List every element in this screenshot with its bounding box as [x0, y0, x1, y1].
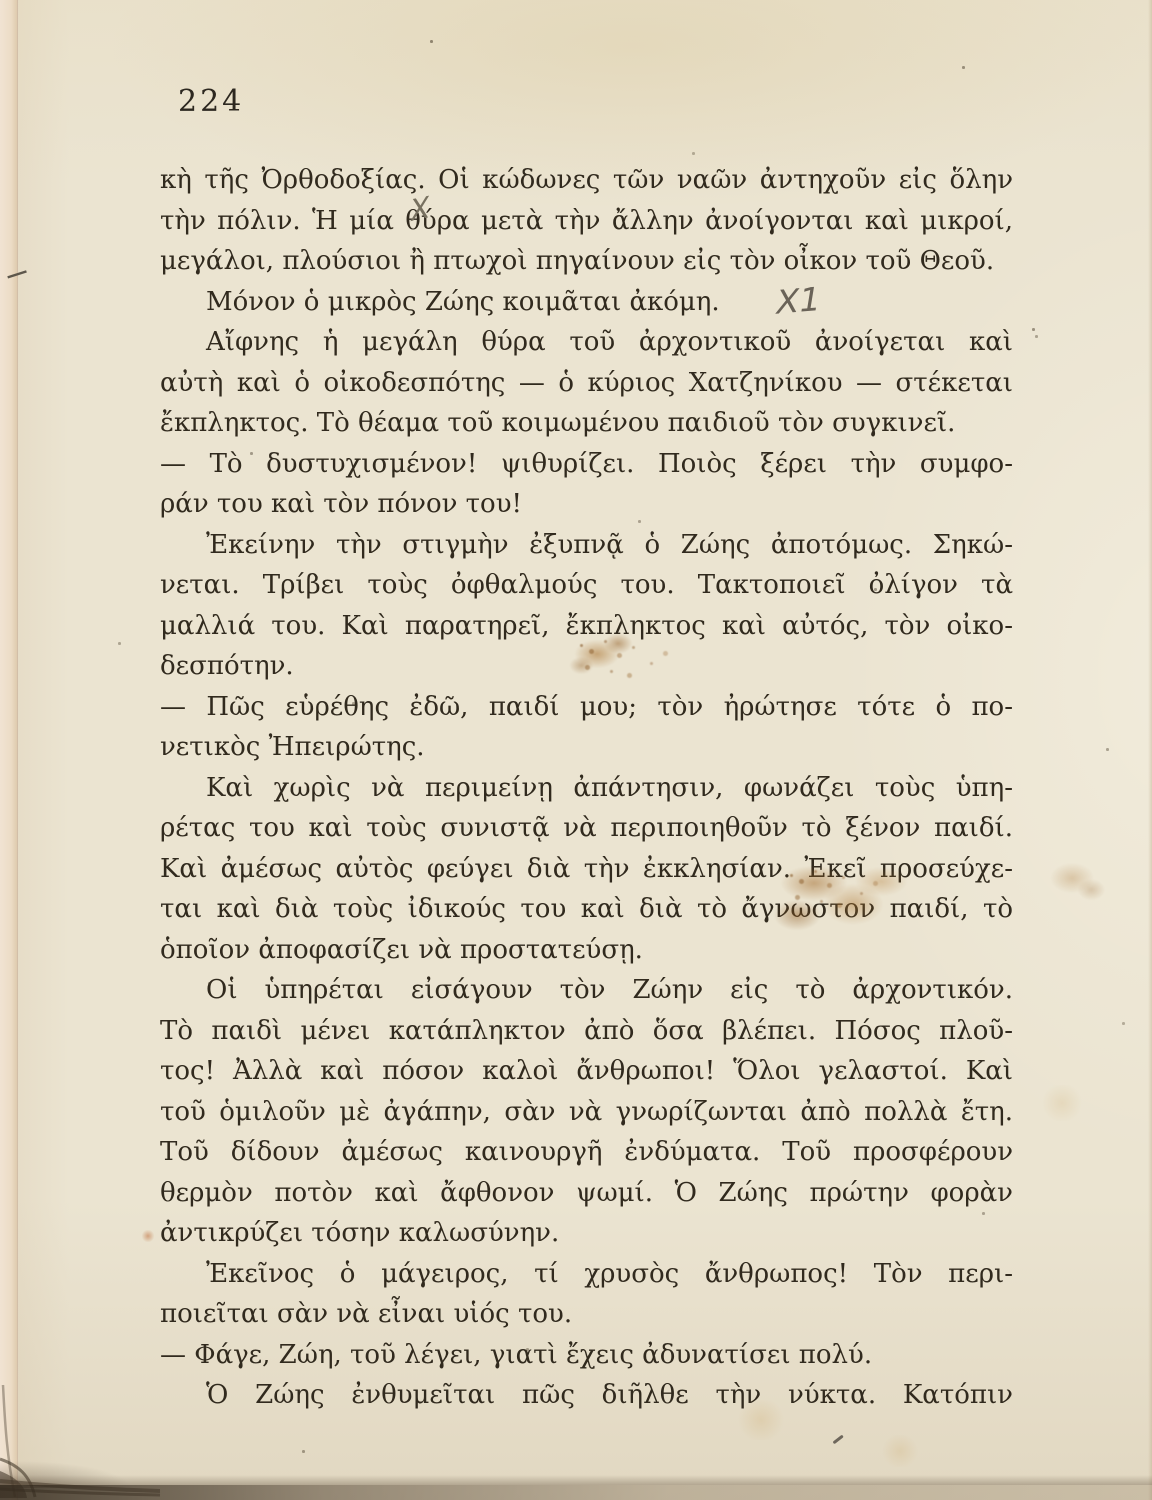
ink-stain: [1038, 852, 1114, 910]
text-line: μεγάλοι, πλούσιοι ἢ πτωχοὶ πηγαίνουν εἰς…: [160, 241, 1013, 282]
text-line: Μόνον ὁ μικρὸς Ζώης κοιμᾶται ἀκόμη.Χ1: [160, 282, 1013, 323]
scanned-page: 224 κὴ τῆς Ὀρθοδοξίας. Οἱ κώδωνες τῶν να…: [0, 0, 1152, 1500]
pencil-x-mark: Χ: [409, 192, 431, 226]
text-line: Αἴφνης ἡ μεγάλη θύρα τοῦ ἀρχοντικοῦ ἀνοί…: [160, 322, 1013, 363]
text-line: Τὸ παιδὶ μένει κατάπληκτον ἀπὸ ὅσα βλέπε…: [160, 1011, 1013, 1052]
text-line: Καὶ ἀμέσως αὐτὸς φεύγει διὰ τὴν ἐκκλησία…: [160, 849, 1013, 890]
text-line: θερμὸν ποτὸν καὶ ἄφθονον ψωμί. Ὁ Ζώης πρ…: [160, 1173, 1013, 1214]
text-line: Οἱ ὑπηρέται εἰσάγουν τὸν Ζώην εἰς τὸ ἀρχ…: [160, 970, 1013, 1011]
text-line: αὐτὴ καὶ ὁ οἰκοδεσπότης — ὁ κύριος Χατζη…: [160, 363, 1013, 404]
text-line: ἔκπληκτος. Τὸ θέαμα τοῦ κοιμωμένου παιδι…: [160, 403, 1013, 444]
text-line-content: τὴν πόλιν. Ἡ μία θύρα μετὰ τὴν ἄλλην ἀνο…: [160, 206, 1013, 236]
text-line: μαλλιά του. Καὶ παρατηρεῖ, ἔκπληκτος καὶ…: [160, 606, 1013, 647]
text-line: Ἐκείνην τὴν στιγμὴν ἐξυπνᾷ ὁ Ζώης ἀποτόμ…: [160, 525, 1013, 566]
body-text: κὴ τῆς Ὀρθοδοξίας. Οἱ κώδωνες τῶν ναῶν ἀ…: [160, 160, 1013, 1416]
text-line: ποιεῖται σὰν νὰ εἶναι υἱός του.: [160, 1294, 1013, 1335]
text-line: νετικὸς Ἠπειρώτης.: [160, 727, 1013, 768]
text-line: — Φάγε, Ζώη, τοῦ λέγει, γιατὶ ἔχεις ἀδυν…: [160, 1335, 1013, 1376]
text-line: — Πῶς εὑρέθης ἐδῶ, παιδί μου; τὸν ἠρώτησ…: [160, 687, 1013, 728]
bottom-edge-shadow: [0, 1485, 1152, 1500]
pencil-x1-note: Χ1: [726, 279, 824, 327]
text-line: ράν του καὶ τὸν πόνον του!: [160, 484, 1013, 525]
page-number: 224: [178, 84, 244, 119]
ink-stain: [141, 1230, 155, 1242]
text-line: Ὁ Ζώης ἐνθυμεῖται πῶς διῆλθε τὴν νύκτα. …: [160, 1375, 1013, 1416]
text-line: — Τὸ δυστυχισμένον! ψιθυρίζει. Ποιὸς ξέρ…: [160, 444, 1013, 485]
text-line: ἀντικρύζει τόσην καλωσύνην.: [160, 1213, 1013, 1254]
pencil-tick-mark: [833, 1435, 844, 1444]
text-line: τὴν πόλιν. Ἡ μία θύρα μετὰ τὴν ἄλλην ἀνο…: [160, 201, 1013, 242]
text-line: τοῦ ὁμιλοῦν μὲ ἀγάπην, σὰν νὰ γνωρίζωντα…: [160, 1092, 1013, 1133]
text-line: ται καὶ διὰ τοὺς ἰδικούς του καὶ διὰ τὸ …: [160, 889, 1013, 930]
text-line: δεσπότην.: [160, 646, 1013, 687]
text-line: Τοῦ δίδουν ἀμέσως καινουργῆ ἐνδύματα. Το…: [160, 1132, 1013, 1173]
age-spot: [880, 1435, 920, 1467]
text-line: κὴ τῆς Ὀρθοδοξίας. Οἱ κώδωνες τῶν ναῶν ἀ…: [160, 160, 1013, 201]
text-line: τος! Ἀλλὰ καὶ πόσον καλοὶ ἄνθρωποι! Ὅλοι…: [160, 1051, 1013, 1092]
age-spot: [1040, 1085, 1084, 1121]
page-right-edge: [1148, 0, 1152, 1500]
text-line: Καὶ χωρὶς νὰ περιμείνῃ ἀπάντησιν, φωνάζε…: [160, 768, 1013, 809]
text-line-content: Μόνον ὁ μικρὸς Ζώης κοιμᾶται ἀκόμη.: [206, 287, 720, 317]
text-line: ρέτας του καὶ τοὺς συνιστᾷ νὰ περιποιηθο…: [160, 808, 1013, 849]
text-line: ὁποῖον ἀποφασίζει νὰ προστατεύσῃ.: [160, 930, 1013, 971]
paper-specks: [430, 40, 433, 43]
text-line: νεται. Τρίβει τοὺς ὀφθαλμούς του. Τακτοπ…: [160, 565, 1013, 606]
text-line: Ἐκεῖνος ὁ μάγειρος, τί χρυσὸς ἄνθρωπος! …: [160, 1254, 1013, 1295]
page-left-edge: [0, 0, 18, 1500]
